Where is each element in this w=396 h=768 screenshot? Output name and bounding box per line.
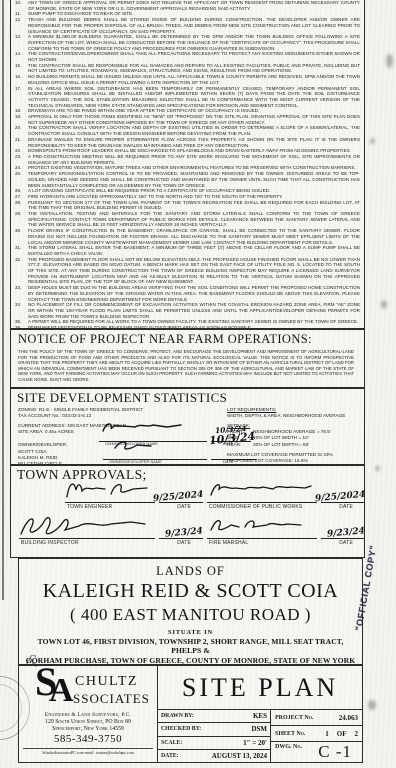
note-item: 19. APPROVAL IS ONLY FOR THOSE ITEMS IDE… bbox=[15, 114, 360, 125]
note-text: NO BUILDING PERMITS SHALL BE ISSUED UNLE… bbox=[28, 74, 360, 85]
commissioner-sign-line bbox=[207, 502, 317, 503]
drawn-by-label: DRAWN BY: bbox=[161, 713, 194, 719]
proposed-coverage-line: PROPOSED LOT COVERAGE: 15.6% bbox=[227, 458, 365, 464]
stats-title: SITE DEVELOPMENT STATISTICS bbox=[17, 390, 358, 406]
note-number: 15. bbox=[15, 63, 28, 74]
dwg-no-row: DWG. No. C -1 bbox=[271, 742, 362, 762]
scale-value: 1" = 20' bbox=[243, 739, 267, 747]
project-info-table: PROJECT No. 24.063 SHEET No. 1 OF 2 DWG.… bbox=[271, 710, 362, 762]
building-inspector-role-label: BUILDING INSPECTOR bbox=[21, 540, 79, 546]
sheet-title: SITE PLAN bbox=[182, 673, 338, 703]
checked-by-label: CHECKED BY: bbox=[161, 726, 201, 732]
note-text: THE STORM LATERAL SHALL ENTER THE BASEME… bbox=[28, 245, 360, 256]
date-value: AUGUST 13, 2024 bbox=[212, 752, 267, 760]
firm-logo: S A CHULTZ SSOCIATES bbox=[19, 666, 157, 712]
building-inspector-date-label: DATE bbox=[177, 540, 191, 546]
note-number: 28. bbox=[15, 200, 28, 211]
note-number: 25. bbox=[15, 171, 28, 188]
checked-by-row: CHECKED BY: DSM bbox=[158, 723, 270, 736]
project-no-value: 24.063 bbox=[339, 714, 358, 722]
date-label: DATE: bbox=[161, 753, 179, 759]
note-item: 32. THE PROPOSED BASEMENT FLOOR SHALL NO… bbox=[15, 257, 360, 286]
note-text: DRAINAGE SWALES TO ENSURE PROPER STORMWA… bbox=[28, 137, 360, 148]
note-number: 34. bbox=[15, 302, 28, 319]
note-number: 17. bbox=[15, 86, 28, 109]
sheet-no-label: SHEET No. bbox=[275, 731, 305, 737]
note-item: 30. FLOOR DRAINS IF CONSTRUCTED IN THE B… bbox=[15, 228, 360, 245]
commissioner-role-label: COMMISSIONER OF PUBLIC WORKS bbox=[209, 504, 302, 510]
note-item: 31. THE STORM LATERAL SHALL ENTER THE BA… bbox=[15, 245, 360, 256]
approval-building-inspector: BUILDING INSPECTOR DATE 9/23/24 bbox=[19, 516, 203, 548]
note-item: 25. TEMPORARY EROSION/SILTATION CONTROL … bbox=[15, 171, 360, 188]
note-item: 20. THE CONTRACTOR SHALL VERIFY LOCATION… bbox=[15, 125, 360, 136]
note-text: IN ALL AREAS WHERE SOIL DISTURBANCE HAS … bbox=[28, 86, 360, 109]
location-description: TOWN LOT 46, FIRST DIVISION, TOWNSHIP 2,… bbox=[26, 637, 356, 665]
sheet-main-cell: SITE PLAN DRAWN BY: KES CHECKED BY: DSM … bbox=[158, 666, 362, 762]
note-number: 10. bbox=[15, 0, 28, 11]
firm-name-part2: SSOCIATES bbox=[73, 691, 150, 707]
note-item: 12. TRASH AND BUILDING DEBRIS SHALL BE S… bbox=[15, 17, 360, 34]
note-number: 14. bbox=[15, 51, 28, 62]
lands-of-label: LANDS OF bbox=[19, 564, 362, 579]
note-item: 15. THE CONTRACTOR SHALL BE RESPONSIBLE … bbox=[15, 63, 360, 74]
town-engineer-date-label: DATE bbox=[177, 504, 191, 510]
note-text: PURSUANT TO SECTION 277 OF THE TOWN LAW,… bbox=[28, 200, 360, 211]
scan-smudge bbox=[368, 700, 376, 710]
note-item: 34. NO PLACEMENT OF FILL OR COMMENCEMENT… bbox=[15, 302, 360, 319]
owner2-signature-line bbox=[103, 449, 207, 460]
note-number: 23. bbox=[15, 154, 28, 165]
note-item: 33. DEEP HOLES MUST BE DUG IN THE BUILDI… bbox=[15, 285, 360, 302]
note-item: 13. A MINIMUM $1,000.00 BUILDERS GUARANT… bbox=[15, 34, 360, 51]
building-inspector-signature bbox=[19, 510, 151, 538]
note-text: TRASH AND BUILDING DEBRIS SHALL BE STORE… bbox=[28, 17, 360, 34]
note-item: 16. NO BUILDING PERMITS SHALL BE ISSUED … bbox=[15, 74, 360, 85]
sheet-number: 1 bbox=[325, 730, 329, 738]
drawn-by-row: DRAWN BY: KES bbox=[158, 710, 270, 723]
note-number: 12. bbox=[15, 17, 28, 34]
firm-logo-initial-a: A bbox=[49, 672, 74, 710]
note-number: 19. bbox=[15, 114, 28, 125]
town-engineer-sign-line bbox=[65, 502, 155, 503]
scale-row: SCALE: 1" = 20' bbox=[158, 737, 270, 750]
note-item: 29. THE INSTALLATION, TESTING AND MATERI… bbox=[15, 211, 360, 228]
drawing-info-table: DRAWN BY: KES CHECKED BY: DSM SCALE: 1" … bbox=[158, 710, 271, 762]
project-no-label: PROJECT No. bbox=[275, 715, 313, 721]
fire-marshal-signature bbox=[209, 514, 305, 536]
checked-by-value: DSM bbox=[251, 725, 267, 733]
location-line-1: TOWN LOT 46, FIRST DIVISION, TOWNSHIP 2,… bbox=[26, 637, 356, 656]
commissioner-signature bbox=[209, 480, 313, 500]
farm-operations-notice: NOTICE OF PROJECT NEAR FARM OPERATIONS: … bbox=[10, 329, 365, 388]
note-text: THE CONTRACTOR/DEVELOPER/OWNER SHALL TAK… bbox=[28, 51, 360, 62]
note-text: NO PLACEMENT OF FILL OR COMMENCEMENT OF … bbox=[28, 302, 360, 319]
lot-requirements-line: WIDTH, DEPTH, & AREA: NEIGHBORHOOD AVERA… bbox=[227, 413, 365, 419]
date-row: DATE: AUGUST 13, 2024 bbox=[158, 750, 270, 762]
farm-notice-title: NOTICE OF PROJECT NEAR FARM OPERATIONS: bbox=[18, 332, 357, 347]
note-number: 29. bbox=[15, 211, 28, 228]
note-text: THE INSTALLATION, TESTING AND MATERIALS … bbox=[28, 211, 360, 228]
note-number: 32. bbox=[15, 257, 28, 286]
scan-smudge bbox=[370, 138, 375, 144]
owner2-name-label: OWNER/DEVELOPER NAME bbox=[109, 460, 162, 464]
note-number: 31. bbox=[15, 245, 28, 256]
situate-in-label: SITUATE IN bbox=[19, 629, 362, 636]
project-address: ( 400 EAST MANITOU ROAD ) bbox=[19, 605, 362, 625]
scan-edge-line bbox=[2, 0, 4, 600]
sheet-title-block: S A CHULTZ SSOCIATES Engineers & Land Su… bbox=[18, 665, 363, 763]
note-text: FLOOR DRAINS IF CONSTRUCTED IN THE BASEM… bbox=[28, 228, 360, 245]
note-text: TEMPORARY EROSION/SILTATION CONTROL IS T… bbox=[28, 171, 360, 188]
approval-fire-marshal: FIRE MARSHAL DATE 9/23/24 bbox=[207, 516, 365, 548]
note-number: 30. bbox=[15, 228, 28, 245]
note-text: THE PROPOSED BASEMENT FLOOR SHALL NOT BE… bbox=[28, 257, 360, 286]
dwg-no-value: C -1 bbox=[318, 742, 352, 762]
general-notes-section: 10. ANY TOWN OF GREECE APPROVAL OR PERMI… bbox=[10, 0, 365, 329]
note-text: A PRE-CONSTRUCTION MEETING WILL BE REQUI… bbox=[28, 154, 360, 165]
commissioner-date-label: DATE bbox=[339, 504, 353, 510]
sheet-title-cell: SITE PLAN bbox=[158, 666, 362, 710]
firm-tagline: Engineers & Land Surveyors, P.C. bbox=[19, 712, 157, 718]
town-approvals-section: TOWN APPROVALS; TOWN ENGINEER DATE 9/25/… bbox=[10, 465, 365, 558]
approval-commissioner: COMMISSIONER OF PUBLIC WORKS DATE 9/25/2… bbox=[207, 480, 365, 512]
note-item: 28. PURSUANT TO SECTION 277 OF THE TOWN … bbox=[15, 200, 360, 211]
firm-address-1: 129 South Union Street, PO Box 89 bbox=[19, 719, 157, 725]
setback-key: REAR: bbox=[227, 442, 253, 448]
note-number: 33. bbox=[15, 285, 28, 302]
note-text: THE CONTRACTOR SHALL BE RESPONSIBLE FOR … bbox=[28, 63, 360, 74]
note-number: 16. bbox=[15, 74, 28, 85]
note-number: 13. bbox=[15, 34, 28, 51]
owners-title: KALEIGH REID & SCOTT COIA bbox=[19, 580, 362, 603]
note-item: 21. DRAINAGE SWALES TO ENSURE PROPER STO… bbox=[15, 137, 360, 148]
scan-smudge bbox=[381, 300, 387, 309]
note-text: THE CONTRACTOR SHALL VERIFY LOCATION AND… bbox=[28, 125, 360, 136]
firm-info-cell: S A CHULTZ SSOCIATES Engineers & Land Su… bbox=[19, 666, 158, 762]
drawn-by-value: KES bbox=[253, 712, 267, 720]
sheet-total: 2 bbox=[355, 730, 359, 738]
dwg-no-label: DWG. No. bbox=[275, 744, 302, 750]
sheet-no-row: SHEET No. 1 OF 2 bbox=[271, 726, 362, 742]
project-title-block: LANDS OF KALEIGH REID & SCOTT COIA ( 400… bbox=[18, 558, 363, 665]
note-text: APPROVAL IS ONLY FOR THOSE ITEMS IDENTIF… bbox=[28, 114, 360, 125]
firm-phone: 585-349-3750 bbox=[19, 733, 157, 745]
setback-value: 30% OF LOT DEPTH = 60' bbox=[253, 442, 309, 448]
note-item: 23. A PRE-CONSTRUCTION MEETING WILL BE R… bbox=[15, 154, 360, 165]
note-text: ANY TOWN OF GREECE APPROVAL OR PERMIT DO… bbox=[28, 0, 360, 11]
note-number: 21. bbox=[15, 137, 28, 148]
note-item: 14. THE CONTRACTOR/DEVELOPER/OWNER SHALL… bbox=[15, 51, 360, 62]
town-engineer-signature bbox=[65, 478, 151, 502]
site-development-statistics: SITE DEVELOPMENT STATISTICS ZONING: R1-E… bbox=[10, 388, 365, 465]
setback-rows: FRONT: NEIGHBORHOOD AVERAGE = 76.5' SIDE… bbox=[227, 429, 365, 447]
firm-address-2: Spencerport, New York 14559 bbox=[19, 726, 157, 732]
scale-label: SCALE: bbox=[161, 740, 182, 746]
project-no-row: PROJECT No. 24.063 bbox=[271, 710, 362, 726]
site-plan-document: & 10. ANY TOWN OF GREECE APPROVAL OR PER… bbox=[0, 0, 396, 768]
note-number: 20. bbox=[15, 125, 28, 136]
note-text: A MINIMUM $1,000.00 BUILDERS GUARANTEE, … bbox=[28, 34, 360, 51]
location-line-2: GORHAM PURCHASE, TOWN OF GREECE, COUNTY … bbox=[26, 656, 356, 665]
approval-town-engineer: TOWN ENGINEER DATE 9/25/2024 bbox=[65, 480, 203, 512]
farm-notice-body: THIS THE POLICY OF THE TOWN OF GREECE TO… bbox=[18, 349, 354, 382]
note-text: DEEP HOLES MUST BE DUG IN THE BUILDING A… bbox=[28, 285, 360, 302]
fire-marshal-role-label: FIRE MARSHAL bbox=[209, 540, 248, 546]
scan-smudge bbox=[386, 54, 393, 68]
note-item: 10. ANY TOWN OF GREECE APPROVAL OR PERMI… bbox=[15, 0, 360, 11]
firm-website: SchultzAssociatesPC.com email: contact@s… bbox=[23, 748, 153, 755]
fire-marshal-date-label: DATE bbox=[339, 540, 353, 546]
scan-smudge bbox=[375, 466, 380, 471]
lot-requirements-column: LOT REQUIREMENTS: WIDTH, DEPTH, & AREA: … bbox=[227, 407, 365, 464]
building-inspector-sign-line bbox=[19, 538, 155, 539]
fire-marshal-sign-line bbox=[207, 538, 317, 539]
firm-name-part1: CHULTZ bbox=[75, 674, 138, 690]
note-item: 17. IN ALL AREAS WHERE SOIL DISTURBANCE … bbox=[15, 86, 360, 109]
sheet-of-label: OF bbox=[337, 730, 347, 738]
